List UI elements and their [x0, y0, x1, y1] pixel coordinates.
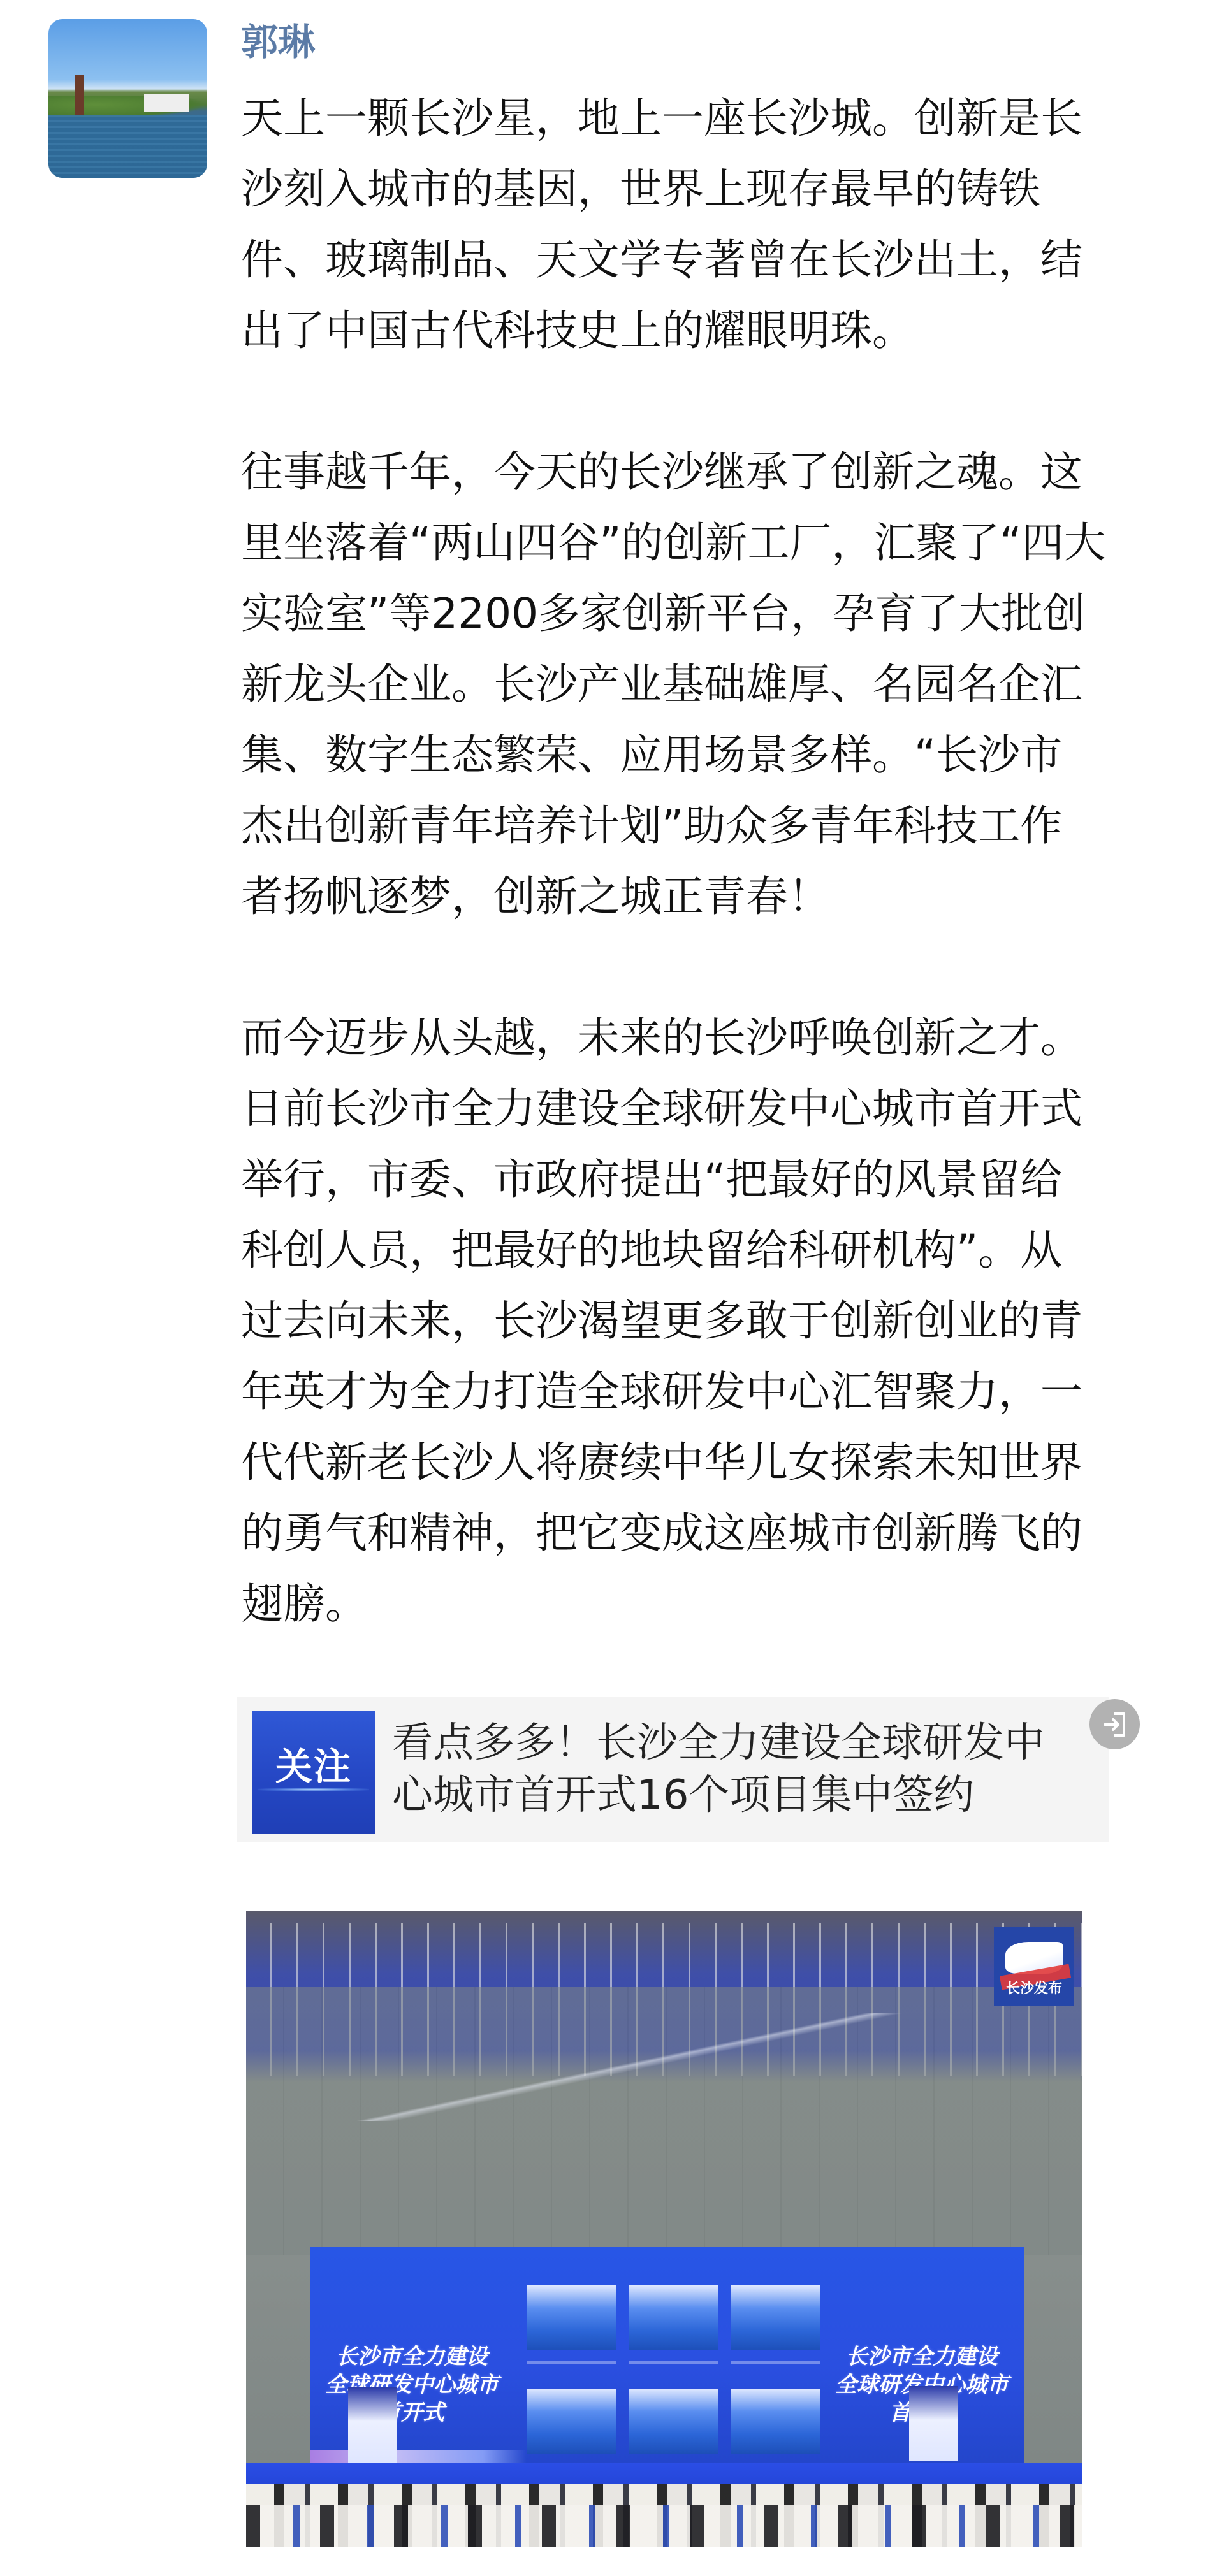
watermark-logo: 长沙发布	[994, 1927, 1074, 2006]
text-line: 者扬帆逐梦，创新之城正青春！	[241, 861, 1095, 932]
text-line: 实验室”等2200多家创新平台，孕育了大批创	[241, 578, 1095, 649]
text-line: 而今迈步从头越，未来的长沙呼唤创新之才。	[241, 1002, 1095, 1073]
podium-left	[348, 2387, 397, 2463]
text-line: 翅膀。	[241, 1568, 1095, 1639]
share-button[interactable]	[1089, 1699, 1140, 1749]
text-line: 天上一颗长沙星，地上一座长沙城。创新是长	[241, 83, 1095, 154]
text-line: 杰出创新青年培养计划”助众多青年科技工作	[241, 790, 1095, 861]
podium-right	[909, 2386, 958, 2461]
screen-slogan-left: 长沙市全力建设 全球研发中心城市首开式	[316, 2343, 507, 2427]
text-line: 过去向未来，长沙渴望更多敢于创新创业的青	[241, 1285, 1095, 1356]
paragraph-1: 天上一颗长沙星，地上一座长沙城。创新是长 沙刻入城市的基因，世界上现存最早的铸铁…	[241, 83, 1095, 366]
text-line: 年英才为全力打造全球研发中心汇智聚力，一	[241, 1356, 1095, 1427]
text-line: 往事越千年，今天的长沙继承了创新之魂。这	[241, 437, 1095, 507]
screen-tile	[731, 2389, 820, 2454]
screen-tile	[527, 2285, 616, 2350]
text-line: 代代新老长沙人将赓续中华儿女探索未知世界	[241, 1427, 1095, 1498]
screen-tile	[731, 2285, 820, 2350]
event-photo[interactable]: 长沙市全力建设 全球研发中心城市首开式 长沙市全力建设 全球研发中心城市首开式 …	[246, 1911, 1082, 2547]
article-thumbnail: 关注	[252, 1711, 375, 1834]
text-line: 里坐落着“两山四谷”的创新工厂，汇聚了“四大	[241, 507, 1095, 578]
shared-article-card[interactable]: 关注 看点多多！长沙全力建设全球研发中 心城市首开式16个项目集中签约	[237, 1697, 1109, 1842]
paragraph-3: 而今迈步从头越，未来的长沙呼唤创新之才。 日前长沙市全力建设全球研发中心城市首开…	[241, 1002, 1095, 1639]
screen-tile	[629, 2285, 718, 2350]
text-line: 件、玻璃制品、天文学专著曾在长沙出土，结	[241, 224, 1095, 295]
text-line: 出了中国古代科技史上的耀眼明珠。	[241, 295, 1095, 366]
thumbnail-glow	[258, 1788, 369, 1791]
hanging-lights	[246, 2013, 1082, 2121]
avatar-building	[144, 94, 189, 112]
avatar-pagoda	[75, 75, 84, 115]
screen-thumbnails	[527, 2285, 826, 2477]
audience-row	[246, 2505, 1082, 2547]
text-line: 集、数字生态繁荣、应用场景多样。“长沙市	[241, 720, 1095, 790]
text-line: 日前长沙市全力建设全球研发中心城市首开式	[241, 1073, 1095, 1144]
avatar-water	[48, 115, 207, 178]
share-enter-icon	[1102, 1711, 1128, 1738]
title-line: 看点多多！长沙全力建设全球研发中	[392, 1717, 1093, 1769]
screen-tile	[527, 2389, 616, 2454]
screen-light-streak	[310, 2450, 527, 2464]
text-line: 沙刻入城市的基因，世界上现存最早的铸铁	[241, 154, 1095, 224]
screen-tile	[629, 2389, 718, 2454]
title-line: 心城市首开式16个项目集中签约	[392, 1769, 1093, 1821]
text-line: 的勇气和精神，把它变成这座城市创新腾飞的	[241, 1498, 1095, 1568]
text-line: 科创人员，把最好的地块留给科研机构”。从	[241, 1215, 1095, 1285]
author-avatar[interactable]	[48, 19, 207, 178]
thumbnail-label: 关注	[252, 1744, 375, 1789]
text-line: 新龙头企业。长沙产业基础雄厚、名园名企汇	[241, 649, 1095, 720]
paragraph-2: 往事越千年，今天的长沙继承了创新之魂。这 里坐落着“两山四谷”的创新工厂，汇聚了…	[241, 437, 1095, 932]
post-body: 天上一颗长沙星，地上一座长沙城。创新是长 沙刻入城市的基因，世界上现存最早的铸铁…	[241, 83, 1095, 1710]
author-name[interactable]: 郭琳	[241, 17, 315, 68]
watermark-text: 长沙发布	[994, 1980, 1074, 1998]
article-title: 看点多多！长沙全力建设全球研发中 心城市首开式16个项目集中签约	[392, 1717, 1093, 1821]
text-line: 举行，市委、市政府提出“把最好的风景留给	[241, 1144, 1095, 1215]
